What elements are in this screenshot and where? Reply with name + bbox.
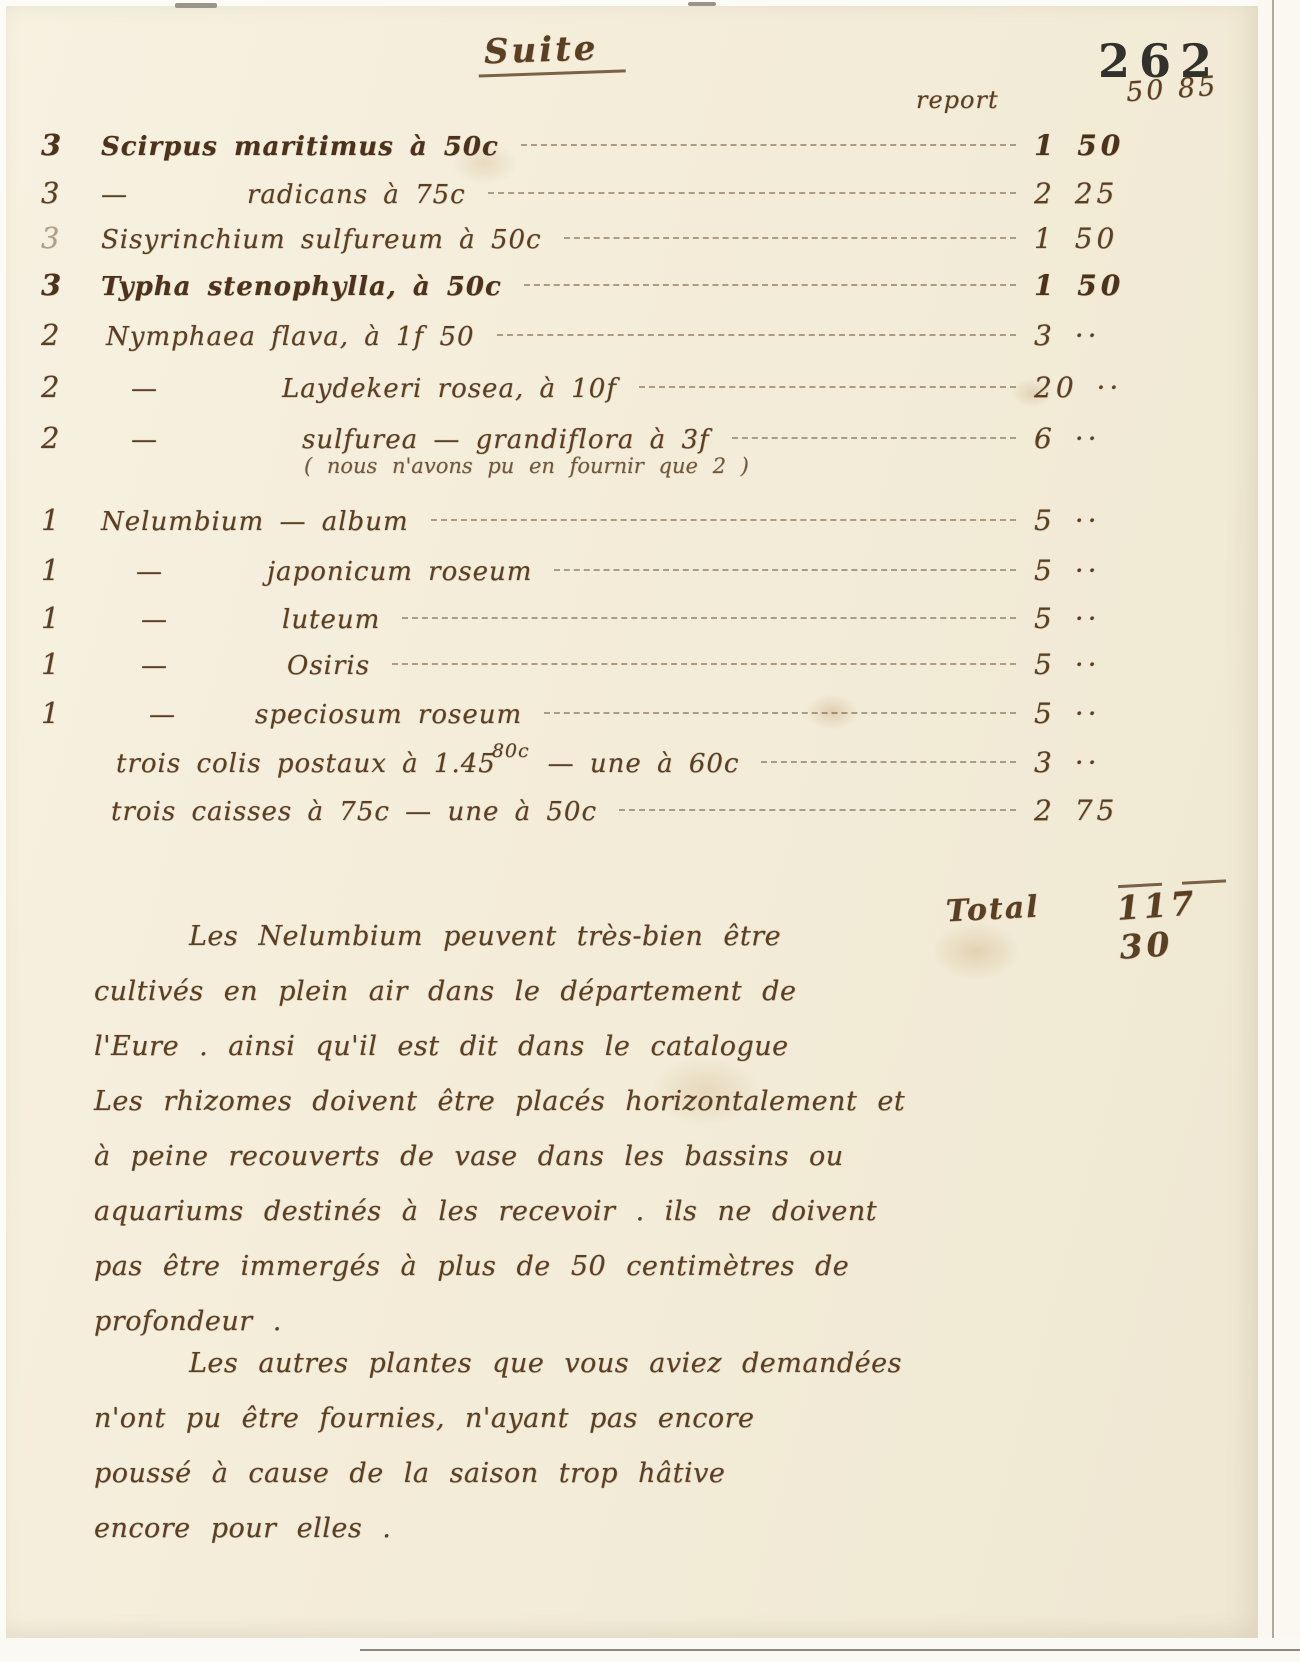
scan-speck <box>688 2 716 6</box>
invoice-row: trois colis postaux à 1.45 80c — une à 6… <box>41 746 1194 786</box>
leader-line <box>431 519 1016 521</box>
item-price: 5 ·· <box>1034 504 1194 537</box>
item-price: 1 50 <box>1034 129 1194 162</box>
item-price: 5 ·· <box>1034 697 1194 730</box>
item-price: 1 50 <box>1034 269 1194 302</box>
item-price: 2 25 <box>1034 177 1194 210</box>
item-price: 1 50 <box>1034 222 1194 255</box>
leader-line <box>402 617 1016 619</box>
leader-line <box>732 437 1016 439</box>
leader-line <box>488 192 1016 194</box>
item-quantity: 1 <box>41 601 101 635</box>
report-value: 50 85 <box>1125 71 1219 108</box>
item-price: 3 ·· <box>1034 746 1194 779</box>
item-name: trois colis postaux à 1.45 <box>116 749 496 779</box>
paragraph-cultivation-instructions: Les Nelumbium peuvent très-bien être cul… <box>94 909 1079 1349</box>
item-name: radicans à 75c <box>247 180 466 210</box>
invoice-row: 3 Scirpus maritimus à 50c 1 50 <box>41 128 1194 168</box>
invoice-row: 1 — Osiris 5 ·· <box>41 647 1194 687</box>
page-edge-line <box>360 1649 1300 1651</box>
item-quantity: 2 <box>41 421 101 455</box>
item-quantity: 3 <box>41 176 101 210</box>
invoice-row: 3 Typha stenophylla, à 50c 1 50 <box>41 268 1194 308</box>
ditto-mark: — <box>131 374 157 404</box>
item-name: japonicum roseum <box>267 557 532 587</box>
item-quantity: 1 <box>41 503 101 537</box>
item-price: 20 ·· <box>1034 371 1194 404</box>
ditto-mark: — <box>101 180 127 210</box>
item-name: Sisyrinchium sulfureum à 50c <box>101 225 542 255</box>
item-name: sulfurea — grandiflora à 3f <box>302 425 710 455</box>
ditto-mark: — <box>141 605 167 635</box>
item-quantity: 3 <box>41 221 101 255</box>
item-name: Scirpus maritimus à 50c <box>101 132 499 162</box>
item-quantity: 2 <box>41 370 101 404</box>
item-name: Nelumbium — album <box>101 507 409 537</box>
leader-line <box>564 237 1016 239</box>
ditto-mark: — <box>131 425 157 455</box>
page-edge-line <box>1272 0 1274 1662</box>
leader-line <box>619 809 1016 811</box>
scanned-manuscript-page: Suite 262 report 50 85 3 Scirpus maritim… <box>0 0 1300 1662</box>
item-name: luteum <box>282 605 380 635</box>
invoice-row: 2 Nymphaea flava, à 1f 50 3 ·· <box>41 318 1194 358</box>
item-name: Laydekeri rosea, à 10f <box>282 374 617 404</box>
ditto-mark: — <box>136 557 162 587</box>
item-price: 6 ·· <box>1034 422 1194 455</box>
supply-shortage-note: ( nous n'avons pu en fournir que 2 ) <box>304 454 749 478</box>
leader-line <box>497 334 1016 336</box>
paper: Suite 262 report 50 85 3 Scirpus maritim… <box>6 6 1258 1638</box>
item-name: Osiris <box>287 651 370 681</box>
ditto-mark: — <box>141 651 167 681</box>
leader-line <box>554 569 1016 571</box>
item-name: trois caisses à 75c — une à 50c <box>111 797 597 827</box>
total-value: 117 30 <box>1115 879 1260 967</box>
item-price: 5 ·· <box>1034 602 1194 635</box>
invoice-row: 1 — speciosum roseum 5 ·· <box>41 696 1194 736</box>
price-correction-superscript: 80c <box>492 740 530 762</box>
leader-line <box>761 761 1016 763</box>
item-name: Typha stenophylla, à 50c <box>101 272 502 302</box>
leader-line <box>392 663 1016 665</box>
leader-line <box>639 386 1016 388</box>
item-name: speciosum roseum <box>255 700 522 730</box>
item-price: 2 75 <box>1034 794 1194 827</box>
item-quantity: 1 <box>41 553 101 587</box>
item-name-continued: — une à 60c <box>548 749 740 779</box>
scan-edge-right <box>1258 0 1300 1662</box>
invoice-row: 3 — radicans à 75c 2 25 <box>41 176 1194 216</box>
invoice-row: 1 — luteum 5 ·· <box>41 601 1194 641</box>
invoice-row: 2 — Laydekeri rosea, à 10f 20 ·· <box>41 370 1194 410</box>
item-quantity: 3 <box>41 268 101 302</box>
item-price: 3 ·· <box>1034 319 1194 352</box>
paragraph-supply-explanation: Les autres plantes que vous aviez demand… <box>94 1336 1079 1556</box>
item-quantity: 3 <box>41 128 101 162</box>
item-name: Nymphaea flava, à 1f 50 <box>106 322 475 352</box>
invoice-row: trois caisses à 75c — une à 50c 2 75 <box>41 794 1194 834</box>
item-quantity: 1 <box>41 647 101 681</box>
leader-line <box>544 712 1016 714</box>
invoice-row: 1 — japonicum roseum 5 ·· <box>41 553 1194 593</box>
ditto-mark: — <box>149 700 175 730</box>
item-price: 5 ·· <box>1034 554 1194 587</box>
page-title: Suite <box>477 27 625 77</box>
leader-line <box>524 284 1016 286</box>
item-price: 5 ·· <box>1034 648 1194 681</box>
item-quantity: 2 <box>41 318 101 352</box>
invoice-row: 3 Sisyrinchium sulfureum à 50c 1 50 <box>41 221 1194 261</box>
report-label: report <box>916 86 999 114</box>
scan-speck <box>175 3 217 8</box>
item-quantity: 1 <box>41 696 101 730</box>
invoice-row: 1 Nelumbium — album 5 ·· <box>41 503 1194 543</box>
leader-line <box>521 144 1016 146</box>
